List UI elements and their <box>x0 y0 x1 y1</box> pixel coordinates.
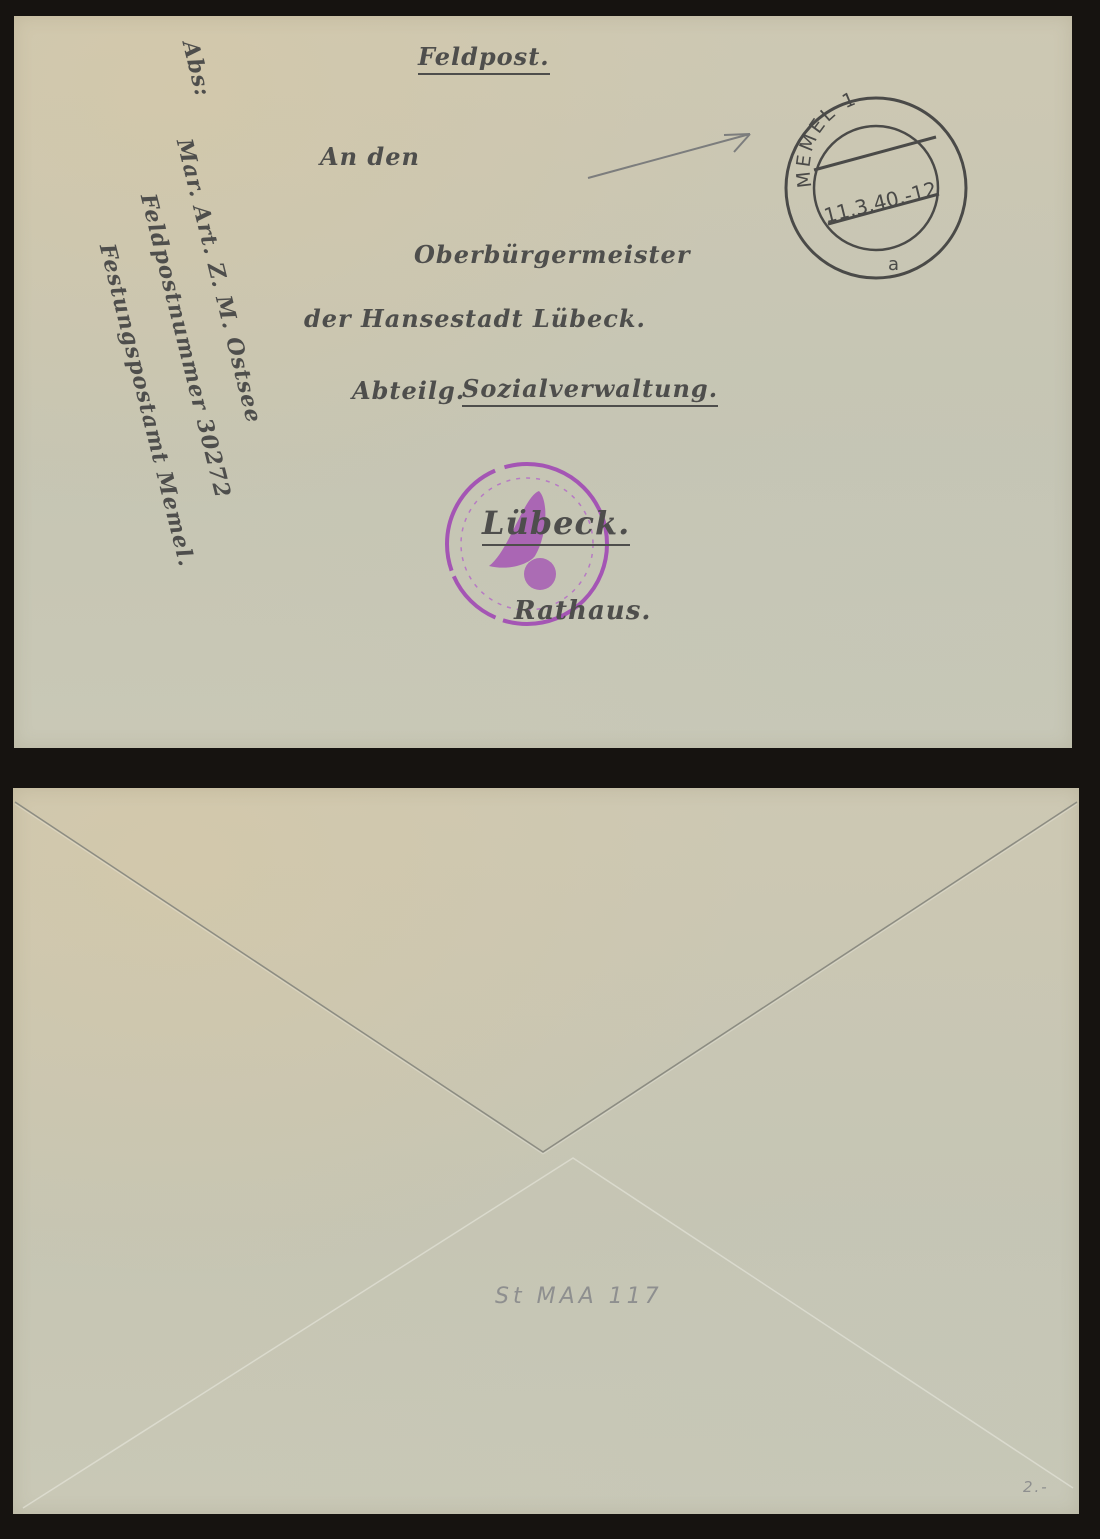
envelope-flap <box>13 788 1079 1514</box>
destination-city: Lübeck. <box>482 504 630 546</box>
recipient-line-3: der Hansestadt Lübeck. <box>304 304 646 333</box>
envelope-front: Feldpost. Abs: Mar. Art. Z. M. Ostsee Fe… <box>14 16 1072 748</box>
postmark-letter: a <box>888 254 899 275</box>
sender-label: Abs: <box>177 38 216 100</box>
pencil-arrow-icon <box>584 126 759 186</box>
recipient-line-2: Oberbürgermeister <box>414 240 690 269</box>
destination-building: Rathaus. <box>514 596 651 626</box>
postmark-memel: MEMEL 1 11.3.40.-12 a <box>776 92 972 282</box>
feldpost-mark: Feldpost. <box>418 42 550 75</box>
pencil-archive-note: St MAA 117 <box>495 1284 663 1309</box>
recipient-line-5: Sozialverwaltung. <box>462 374 718 407</box>
envelope-back: St MAA 117 2.- <box>13 788 1079 1514</box>
svg-text:MEMEL 1: MEMEL 1 <box>792 92 861 189</box>
recipient-line-4: Abteilg. <box>352 376 465 405</box>
postmark-date: 11.3.40.-12 <box>821 177 939 228</box>
pencil-corner-note: 2.- <box>1023 1478 1049 1496</box>
recipient-line-1: An den <box>320 142 420 171</box>
postmark-city: MEMEL 1 <box>792 92 861 189</box>
